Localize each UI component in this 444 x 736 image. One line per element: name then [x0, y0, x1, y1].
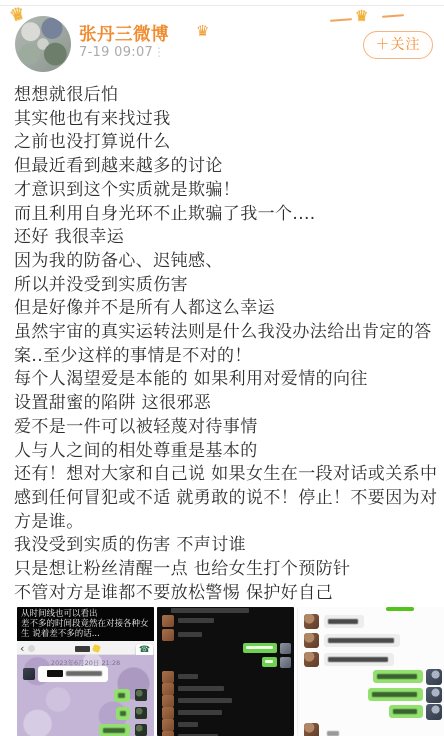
post-text-line: 而且利用自身光环不止欺骗了我一个.... [14, 203, 438, 227]
username-link[interactable]: 张丹三微博 [79, 21, 169, 46]
list-avatar [162, 695, 174, 707]
self-avatar [135, 707, 147, 719]
blurred-text [393, 709, 417, 714]
post-text-line: 每个人渴望爱是本能的 如果利用对爱情的向往 [14, 368, 438, 392]
card-top-divider [0, 5, 444, 6]
post-text-line: 所以并没受到实质伤害 [14, 274, 438, 298]
back-icon[interactable]: ‹ [20, 642, 24, 655]
avatar[interactable] [15, 16, 71, 72]
post-text-line: 感到任何冒犯或不适 就勇敢的说不！停止！不要因为对 [14, 487, 438, 511]
post-text-line: 想想就很后怕 [14, 84, 438, 108]
blurred-row [178, 674, 198, 679]
peer-avatar [304, 614, 319, 629]
blurred-text [265, 660, 273, 663]
self-avatar [280, 657, 291, 668]
post-text-line: 还有！想对大家和自己说 如果女生在一段对话或关系中 [14, 463, 438, 487]
peer-avatar [304, 633, 319, 648]
blurred-row [178, 686, 224, 691]
blurred-text [377, 674, 417, 679]
outgoing-bubble [262, 657, 277, 667]
more-menu-icon[interactable]: ⋮ [153, 45, 165, 59]
post-text-line: 设置甜蜜的陷阱 这很邪恶 [14, 392, 438, 416]
attachment-white-chat-image[interactable] [297, 607, 444, 736]
post-text-line: 人与人之间的相处尊重是基本的 [14, 440, 438, 464]
caption-line: 生 说着差不多的话... [21, 629, 150, 639]
self-avatar [135, 724, 147, 736]
blurred-text [327, 731, 339, 736]
outgoing-bubble [114, 689, 130, 702]
attachment-dark-chat-image[interactable] [157, 607, 294, 736]
self-avatar [426, 669, 442, 685]
wechat-chat-area: 2023年6月20日 21:28 [17, 655, 154, 736]
self-avatar [426, 704, 442, 720]
post-text-line: 其实他也有来找过我 [14, 108, 438, 132]
post-text-line: 但最近看到越来越多的讨论 [14, 155, 438, 179]
incoming-bubble [324, 615, 364, 628]
unread-badge [28, 645, 35, 652]
blurred-text [66, 671, 102, 676]
peer-avatar [304, 723, 319, 736]
blurred-text [120, 711, 126, 716]
list-avatar [162, 707, 174, 719]
clipped-bubble [386, 607, 414, 611]
post-text-line: 虽然宇宙的真实运转法则是什么我没办法给出肯定的答 [14, 321, 438, 345]
incoming-bubble [38, 666, 108, 682]
wrench-emoji-icon [92, 644, 101, 653]
weibo-post-card: ♛ 张丹三微博 ♛ 7-19 09:07 ⋮ ＋关注 ♛ 想想就很后怕其实他也有… [0, 0, 444, 736]
post-text-line: 方是谁。 [14, 511, 438, 535]
post-text-line: 才意识到这个实质就是欺骗！ [14, 179, 438, 203]
post-text-line: 因为我的防备心、迟钝感、 [14, 250, 438, 274]
chat-caption-text: 从时间线也可以看出差不多的时间段竟然在对接各种女生 说着差不多的话... [21, 609, 150, 640]
caption-line: 差不多的时间段竟然在对接各种女 [21, 619, 150, 629]
decor-dash-right [382, 14, 404, 18]
post-text-line: 我没受到实质的伤害 不声讨谁 [14, 534, 438, 558]
decor-dash-left [330, 18, 352, 22]
blurred-row [178, 710, 222, 715]
blurred-text [246, 646, 273, 649]
list-avatar [162, 615, 174, 627]
self-avatar [426, 687, 442, 703]
outgoing-bubble [389, 705, 423, 718]
blurred-row [178, 618, 214, 623]
follow-button[interactable]: ＋关注 [363, 31, 433, 59]
list-avatar [162, 671, 174, 683]
blurred-text [372, 692, 417, 697]
peer-avatar [23, 668, 35, 680]
blurred-text [328, 619, 358, 624]
incoming-bubble [324, 653, 394, 666]
post-text-line: 爱不是一件可以被轻蔑对待事情 [14, 416, 438, 440]
post-text-line: 但是好像并不是所有人都这么幸运 [14, 297, 438, 321]
chat-caption-overlay: 从时间线也可以看出差不多的时间段竟然在对接各种女生 说着差不多的话... [17, 607, 154, 641]
caption-line: 从时间线也可以看出 [21, 609, 150, 619]
decor-crown-icon: ♛ [355, 7, 368, 25]
list-avatar [162, 719, 174, 731]
peer-avatar [304, 652, 319, 667]
blurred-text [103, 728, 125, 733]
outgoing-bubble [373, 670, 423, 683]
post-text-line: 只是想让粉丝清醒一点 也给女生打个预防针 [14, 558, 438, 582]
outgoing-bubble [116, 707, 130, 720]
post-text-line: 不管对方是谁都不要放松警惕 保护好自己 [14, 582, 438, 606]
blurred-row [178, 632, 202, 637]
list-avatar [162, 683, 174, 695]
post-text-line: 之前也没打算说什么 [14, 131, 438, 155]
incoming-bubble [324, 634, 400, 647]
attachment-left-chat-image[interactable]: 从时间线也可以看出差不多的时间段竟然在对接各种女生 说着差不多的话... ‹ ☎… [17, 607, 154, 736]
post-text-line: 还好 我很幸运 [14, 226, 438, 250]
blurred-text [328, 657, 388, 662]
blurred-text [118, 693, 125, 698]
post-text-line: 案..至少这样的事情是不对的！ [14, 345, 438, 369]
list-avatar [162, 731, 174, 736]
wechat-header-bar: ‹ [17, 641, 154, 655]
outgoing-bubble [368, 688, 423, 701]
vip-crown-icon: ♛ [196, 22, 209, 40]
blurred-row [178, 698, 232, 703]
blurred-text [328, 638, 394, 643]
blurred-row [178, 722, 198, 727]
self-avatar [280, 643, 291, 654]
blurred-row [171, 608, 249, 613]
outgoing-bubble [99, 724, 130, 736]
redaction-bar [47, 670, 63, 677]
chat-title [75, 646, 90, 652]
outgoing-bubble [243, 643, 277, 653]
post-text: 想想就很后怕其实他也有来找过我之前也没打算说什么但最近看到越来越多的讨论才意识到… [14, 84, 438, 605]
post-timestamp: 7-19 09:07 [79, 45, 153, 60]
list-avatar [162, 629, 174, 641]
self-avatar [135, 689, 147, 701]
